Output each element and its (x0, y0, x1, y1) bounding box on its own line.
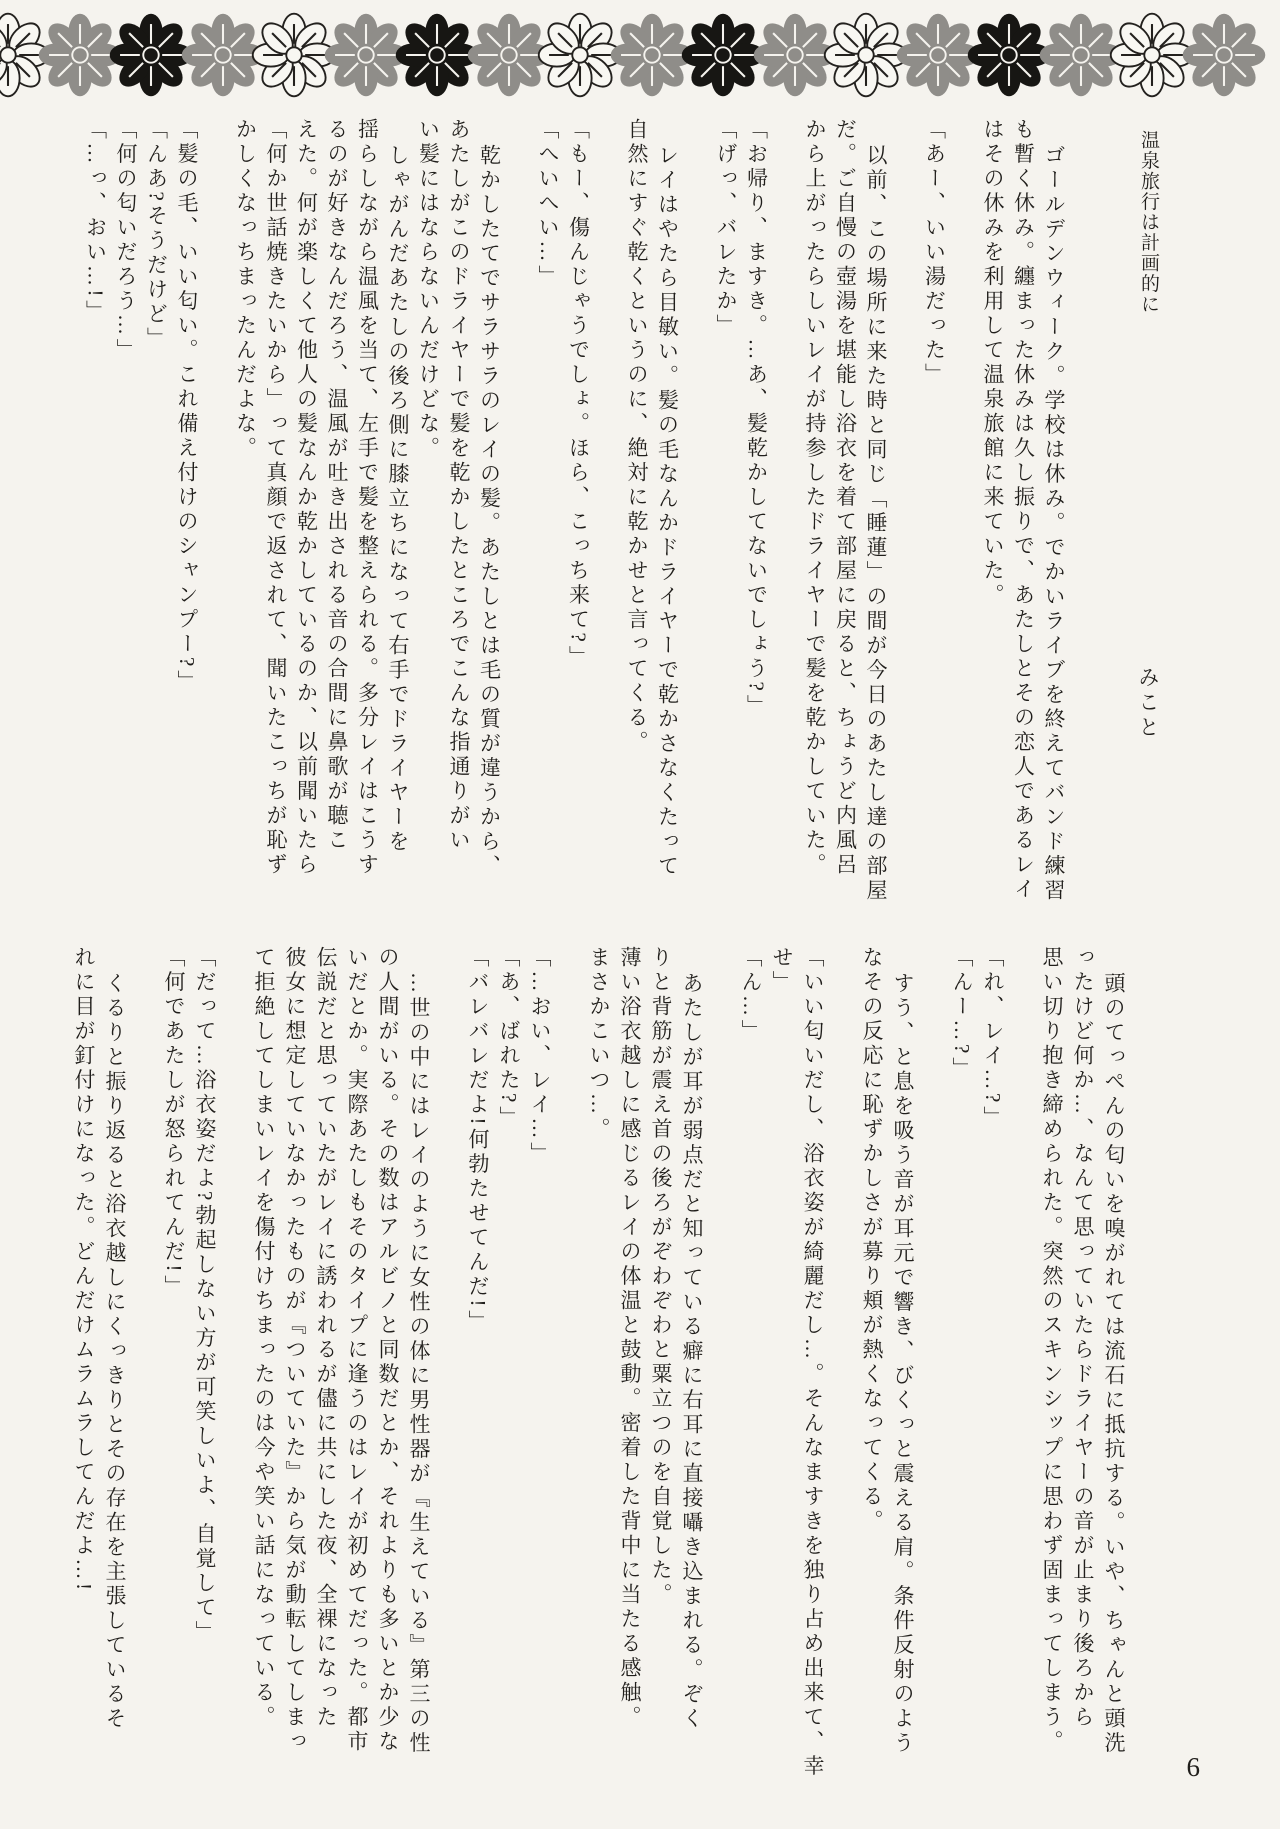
text-line: 「何か世話焼きたいから」って真顔で返されて、聞いたこっちが恥ず (264, 118, 287, 878)
page-title: 温泉旅行は計画的に (1137, 130, 1160, 315)
text-line: 伝説だと思っていたがレイに誘われるが儘に共にした夜、全裸になった (314, 946, 337, 1730)
text-line: 「バレバレだよ!何勃たせてんだ!」 (466, 946, 489, 1335)
text-line: 揺らしながら温風を当て、左手で髪を整えられる。多分レイはこうす (356, 118, 379, 878)
text-line: も暫く休み。纏まった休みは久し振りで、あたしとその恋人であるレイ (1012, 118, 1035, 902)
text-line: れに目が釘付けになった。どんだけムラムラしてんだよ…! (72, 946, 95, 1594)
text-line: レイはやたら目敏い。髪の毛なんかドライヤーで乾かさなくたって (656, 118, 679, 879)
flower-icon (1181, 12, 1267, 98)
text-line: 以前、この場所に来た時と同じ「睡蓮」の間が今日のあたし達の部屋 (864, 118, 887, 904)
text-line: 頭のてっぺんの匂いを嗅がれては流石に抵抗する。いや、ちゃんと頭洗 (1102, 946, 1125, 1756)
text-line: …世の中にはレイのように女性の体に男性器が『生えている』第三の性 (407, 946, 430, 1756)
text-line: 「もー、傷んじゃうでしょ。ほら、こっち来て?」 (567, 118, 590, 670)
text-line: 「…おい、レイ…」 (528, 946, 551, 1167)
page-number: 6 (1187, 1752, 1201, 1783)
text-line: だ。ご自慢の壺湯を堪能し浴衣を着て部屋に戻ると、ちょうど内風呂 (834, 118, 857, 878)
text-line: 思い切り抱き締められた。突然のスキンシップに思わず固まってしまう。 (1040, 946, 1063, 1755)
text-line: ゴールデンウィーク。学校は休み。でかいライブを終えてバンド練習 (1042, 118, 1065, 904)
text-line: 「んー…?」 (950, 946, 973, 1081)
text-line: 「何であたしが怒られてんだ!」 (162, 946, 185, 1300)
text-line: 「髪の毛、いい匂い。これ備え付けのシャンプー?」 (175, 118, 198, 694)
text-line: 「何の匂いだろう…」 (114, 118, 137, 363)
text-line: 自然にすぐ乾くというのに、絶対に乾かせと言ってくる。 (625, 118, 648, 755)
flower-border (0, 8, 1280, 104)
text-line: 薄い浴衣越しに感じるレイの体温と鼓動。密着した背中に当たる感触。 (618, 946, 641, 1730)
text-line: い髪にはならないんだけどな。 (417, 118, 440, 461)
text-line: ったけど何か…、なんて思っていたらドライヤーの音が止まり後ろから (1071, 946, 1094, 1730)
author-name: みこと (1136, 666, 1159, 741)
text-line: 「へいへい…」 (536, 118, 559, 290)
text-line: かしくなっちまったんだよな。 (234, 118, 257, 461)
text-line: 「んあ?そうだけど」 (145, 118, 168, 351)
text-line: 「ん…」 (739, 946, 762, 1044)
text-line: の人間がいる。その数はアルビノと同数だとか、それよりも多いとか少な (376, 946, 399, 1755)
text-line: しゃがんだあたしの後ろ側に膝立ちになって右手でドライヤーを (386, 118, 409, 855)
text-line: 「れ、レイ…?」 (981, 946, 1004, 1130)
scanned-novel-page: 温泉旅行は計画的に みこと ゴールデンウィーク。学校は休み。でかいライブを終えて… (0, 0, 1280, 1829)
text-line: 「…っ、おい…!」 (84, 118, 107, 325)
text-line: えた。何が楽しくて他人の髪なんか乾かしているのか、以前聞いたら (295, 118, 318, 878)
text-line: なその反応に恥ずかしさが募り頬が熱くなってくる。 (860, 946, 883, 1534)
text-line: 彼女に想定していなかったものが『ついていた』から気が動転してしまっ (283, 946, 306, 1755)
text-line: て拒絶してしまいレイを傷付けちまったのは今や笑い話になっている。 (252, 946, 275, 1730)
text-line: 「お帰り、ますき。…あ、髪乾かしてないでしょう?」 (745, 118, 768, 719)
text-line: はその休みを利用して温泉旅館に来ていた。 (981, 118, 1004, 608)
text-line: いだとか。実際あたしもそのタイプに逢うのはレイが初めてだった。都市 (345, 946, 368, 1755)
text-line: あたしがこのドライヤーで髪を乾かしたところでこんな指通りがい (447, 118, 470, 853)
text-line: あたしが耳が弱点だと知っている癖に右耳に直接囁き込まれる。ぞく (680, 946, 703, 1732)
text-line: すう、と息を吸う音が耳元で響き、びくっと震える肩。条件反射のよう (891, 946, 914, 1756)
text-line: まさかこいつ…。 (587, 946, 610, 1142)
text-line: せ」 (770, 946, 793, 995)
text-line: 「あー、いい湯だった」 (923, 118, 946, 388)
text-line: 乾かしたてでサラサラのレイの髪。あたしとは毛の質が違うから、 (478, 118, 501, 879)
text-line: くるりと振り返ると浴衣越しにくっきりとその存在を主張しているそ (103, 946, 126, 1732)
text-line: から上がったらしいレイが持参したドライヤーで髪を乾かしていた。 (803, 118, 826, 878)
text-line: 「だって…浴衣姿だよ?勃起しない方が可笑しいよ、自覚して」 (193, 946, 216, 1645)
text-line: 「げっ、バレたか」 (714, 118, 737, 339)
text-line: 「あ、ばれた?」 (497, 946, 520, 1130)
text-line: りと背筋が震え首の後ろがぞわぞわと粟立つのを自覚した。 (649, 946, 672, 1608)
text-line: 「いい匂いだし、浴衣姿が綺麗だし…。そんなますきを独り占め出来て、幸 (801, 946, 824, 1779)
text-line: るのが好きなんだろう、温風が吐き出される音の合間に鼻歌が聴こ (325, 118, 348, 853)
